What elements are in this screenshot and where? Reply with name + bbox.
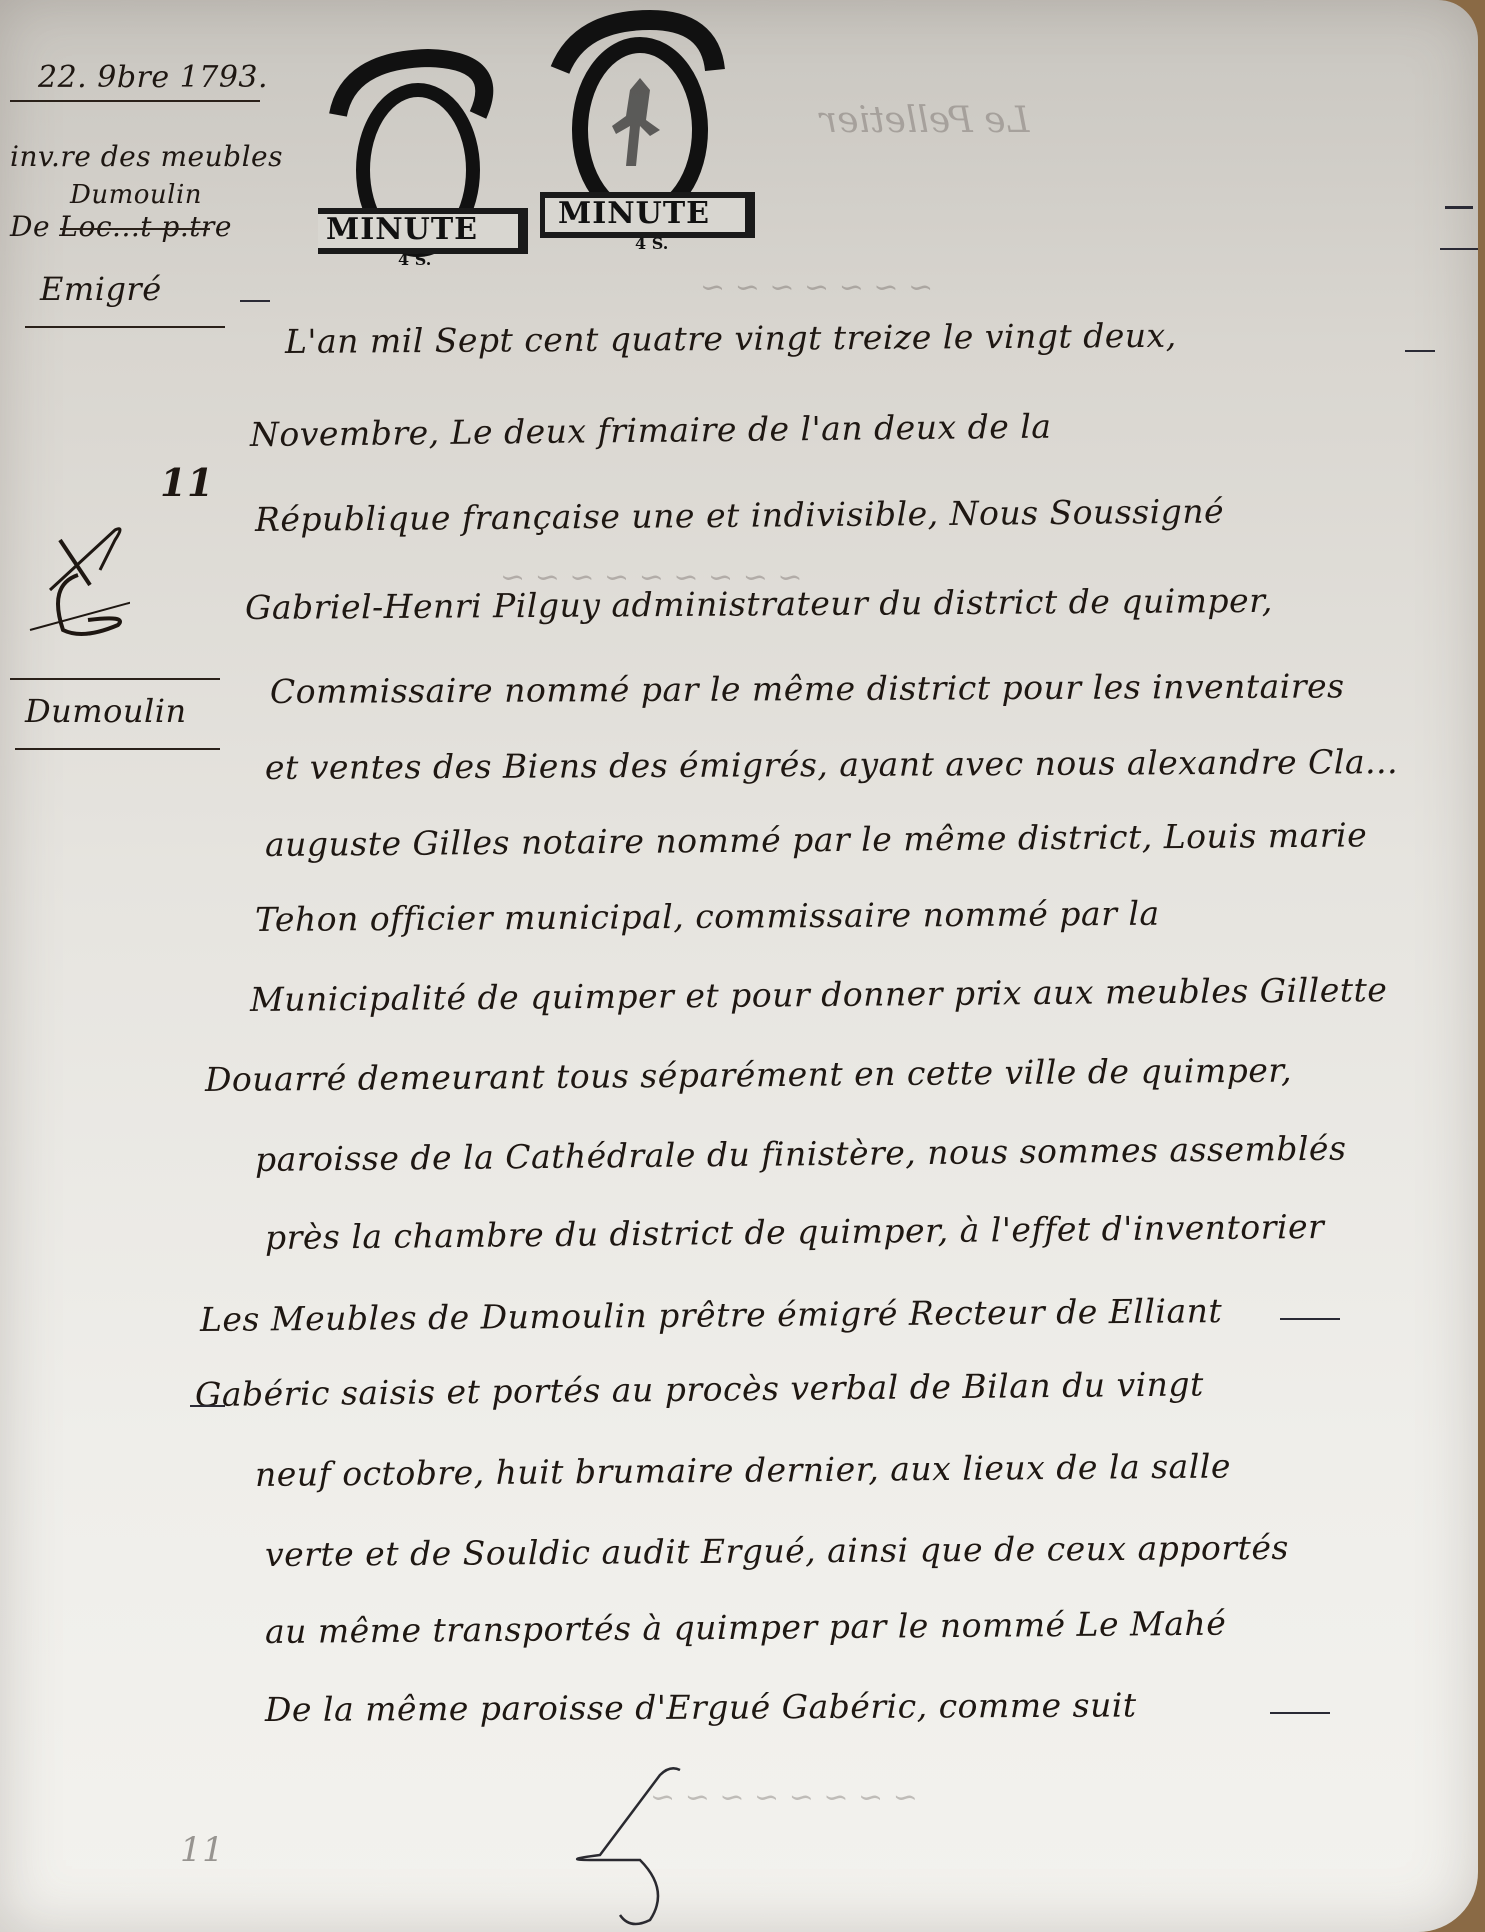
body-line: et ventes des Biens des émigrés, ayant a… [265,742,1398,787]
body-line: L'an mil Sept cent quatre vingt treize l… [285,316,1177,361]
margin-dash [240,300,270,302]
line-start-dash [190,1405,225,1407]
line-end-dash [1405,350,1435,352]
body-line: Douarré demeurant tous séparément en cet… [205,1051,1292,1099]
body-line: paroisse de la Cathédrale du finistère, … [255,1129,1347,1179]
body-line: au même transportés à quimper par le nom… [265,1604,1227,1651]
edge-dash [1440,248,1478,250]
margin-title-line: Emigré [40,270,162,308]
margin-title-line: Dumoulin [70,180,202,210]
line-end-dash [1270,1712,1330,1714]
body-line: près la chambre du district de quimper, … [265,1207,1325,1257]
faint-mark: 11 [180,1830,224,1870]
bleed-through-text: Le Pelletier [820,100,1029,141]
manuscript-page: Le Pelletier ~ ~ ~ ~ ~ ~ ~ ~ ~ ~ ~ ~ ~ ~… [0,0,1478,1932]
stamp-denomination: 4 S. [635,234,668,253]
bleed-through-line: ~ ~ ~ ~ ~ ~ ~ [700,270,933,305]
stamp-label: MINUTE [326,212,478,247]
stamp-minute-left: MINUTE 4 S. [318,40,528,270]
margin-title-line: inv.re des meubles [10,140,283,173]
stamp-minute-right: MINUTE 4 S. [540,10,760,260]
margin-rule [15,748,220,750]
body-line: Tehon officier municipal, commissaire no… [255,894,1160,939]
edge-dash [1445,206,1473,209]
signature-flourish-icon [560,1760,740,1932]
stamp-label: MINUTE [558,196,710,231]
body-line: République française une et indivisible,… [255,492,1224,539]
margin-numbers: 11 [160,460,214,505]
notary-mark-icon [20,520,130,644]
body-line: auguste Gilles notaire nommé par le même… [265,815,1367,864]
body-line: De la même paroisse d'Ergué Gabéric, com… [265,1685,1137,1729]
margin-rule [25,326,225,328]
body-line: neuf octobre, huit brumaire dernier, aux… [255,1446,1231,1494]
margin-date: 22. 9bre 1793. [38,60,268,95]
margin-name: Dumoulin [25,692,187,730]
body-line: verte et de Souldic audit Ergué, ainsi q… [265,1528,1289,1574]
body-line: Municipalité de quimper et pour donner p… [250,970,1388,1019]
margin-rule [10,678,220,680]
body-line: Les Meubles de Dumoulin prêtre émigré Re… [200,1291,1223,1339]
body-line: Novembre, Le deux frimaire de l'an deux … [250,407,1052,454]
body-line: Gabéric saisis et portés au procès verba… [195,1364,1204,1414]
line-end-dash [1280,1318,1340,1320]
body-line: Commissaire nommé par le même district p… [270,666,1345,711]
stamp-denomination: 4 S. [398,250,431,269]
margin-title-line: De Loc...t p.tre [10,210,232,243]
margin-rule [10,100,260,102]
body-line: Gabriel-Henri Pilguy administrateur du d… [245,581,1273,627]
strike-through-line [60,228,210,230]
